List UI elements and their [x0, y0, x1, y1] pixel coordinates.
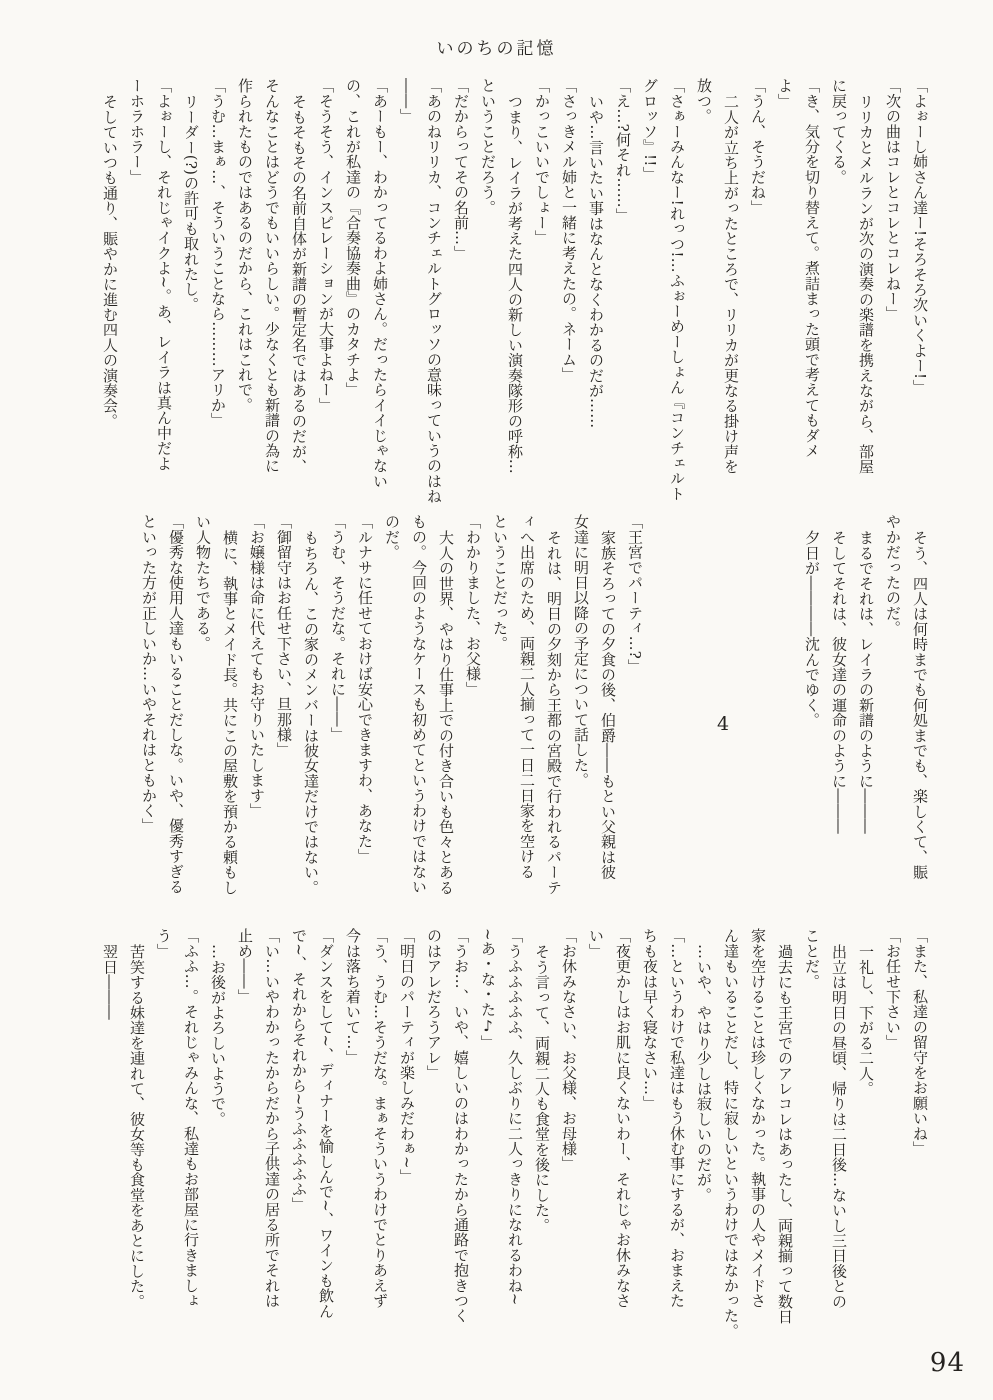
text-column: 「お休みなさい、お父様、お母様」 — [555, 928, 582, 1378]
text-column: 今は落ち着いて…」 — [339, 928, 366, 1378]
text-column: 「え…?何それ……」 — [609, 78, 636, 526]
text-column: 「明日のパーティが楽しみだわぁ~」 — [393, 928, 420, 1378]
text-column: 家族そろっての夕食の後、伯爵――もとい父親は彼 — [594, 514, 621, 934]
text-column: ことだ。 — [798, 928, 825, 1378]
text-column: ちも夜は早く寝なさい…」 — [636, 928, 663, 1378]
text-column: 大人の世界、やはり仕事上での付き合いも色々とある — [432, 514, 459, 934]
running-header-title: いのちの記憶 — [0, 34, 993, 59]
text-column: い人物たちである。 — [189, 514, 216, 934]
text-column: リリカとメルランが次の演奏の楽譜を携えながら、部屋 — [852, 78, 879, 526]
text-column: 「次の曲はコレとコレとコレねー」 — [879, 78, 906, 526]
text-column: 「かっこいいでしょー」 — [528, 78, 555, 526]
page-number: 94 — [930, 1348, 965, 1378]
text-block-middle: そう、四人は何時までも何処までも、楽しくて、賑やかだったのだ。まるでそれは、レイ… — [135, 514, 933, 934]
text-column: 放つ。 — [690, 78, 717, 526]
text-column: ――」 — [393, 78, 420, 526]
text-column: そう言って、両親二人も食堂を後にした。 — [528, 928, 555, 1378]
text-column: う」 — [150, 928, 177, 1378]
text-column: 「ルナサに任せておけば安心できますわ、あなた」 — [351, 514, 378, 934]
text-column: それは、明日の夕刻から王都の宮殿で行われるパーテ — [540, 514, 567, 934]
text-column: そう、四人は何時までも何処までも、楽しくて、賑 — [906, 514, 933, 934]
text-column: 「うふふふふふ、久しぶりに二人っきりになれるわね~ — [501, 928, 528, 1378]
text-column: 「よぉーし姉さん達ー!そろそろ次いくよー!」 — [906, 78, 933, 526]
text-column: 「ダンスをして~、ディナーを愉しんで~、ワインも飲ん — [312, 928, 339, 1378]
section-number-text: 4 — [717, 711, 729, 738]
text-column: 翌日――― — [96, 928, 123, 1378]
text-column: 「さっきメル姉と一緒に考えたの。ネーム」 — [555, 78, 582, 526]
text-column: そもそもその名前自体が新譜の暫定名ではあるのだが、 — [285, 78, 312, 526]
text-column: まるでそれは、レイラの新譜のように――― — [852, 514, 879, 934]
text-column: ということだろう。 — [474, 78, 501, 526]
text-column: ~あ・な・た♪」 — [474, 928, 501, 1378]
text-column: 「また、私達の留守をお願いね」 — [906, 928, 933, 1378]
text-column: 「うむ、そうだな。それに――」 — [324, 514, 351, 934]
text-column: …いや、やはり少しは寂しいのだが。 — [690, 928, 717, 1378]
text-column: 横に、執事とメイド長。共にこの屋敷を預かる頼もし — [216, 514, 243, 934]
text-column: 出立は明日の昼頃、帰りは二日後…ないし三日後との — [825, 928, 852, 1378]
text-column: 「…というわけで私達はもう休む事にするが、おまえた — [663, 928, 690, 1378]
text-column: のだ。 — [378, 514, 405, 934]
text-column: 「うむ…まぁ…、そういうことなら………アリか」 — [204, 78, 231, 526]
text-column: ィへ出席のため、両親二人揃って一日二日家を空ける — [513, 514, 540, 934]
text-column: 止め――」 — [231, 928, 258, 1378]
text-column: ん達もいることだし、特に寂しいというわけではなかった。 — [717, 928, 744, 1378]
text-column: 苦笑する妹達を連れて、彼女等も食堂をあとにした。 — [123, 928, 150, 1378]
text-column: といった方が正しいか…いやそれはともかく」 — [135, 514, 162, 934]
text-column: 「お嬢様は命に代えてもお守りいたします」 — [243, 514, 270, 934]
text-column: 「うお…、いや、嬉しいのはわかったから通路で抱きつく — [447, 928, 474, 1378]
text-column: 作られたものではあるのだから、これはこれで。 — [231, 78, 258, 526]
text-column: やかだったのだ。 — [879, 514, 906, 934]
text-column: もちろん、この家のメンバーは彼女達だけではない。 — [297, 514, 324, 934]
text-column: …お後がよろしいようで。 — [204, 928, 231, 1378]
text-column: 「い…いやわかったからだから子供達の居る所でそれは — [258, 928, 285, 1378]
text-column: の、これが私達の『合奏協奏曲』のカタチよ」 — [339, 78, 366, 526]
text-column: 過去にも王宮でのアレコレはあったし、両親揃って数日 — [771, 928, 798, 1378]
text-column: 「だからってその名前…」 — [447, 78, 474, 526]
text-column: い」 — [582, 928, 609, 1378]
text-column: 女達に明日以降の予定について話した。 — [567, 514, 594, 934]
text-column: 「わかりました、お父様」 — [459, 514, 486, 934]
text-column: リーダー(?)の許可も取れたし。 — [177, 78, 204, 526]
text-column: ということだった。 — [486, 514, 513, 934]
text-column: 「き、気分を切り替えて。煮詰まった頭で考えてもダメ — [798, 78, 825, 526]
text-block-top: 「よぉーし姉さん達ー!そろそろ次いくよー!」「次の曲はコレとコレとコレねー」リリ… — [96, 78, 933, 526]
text-column: 「あのねリリカ、コンチェルトグロッソの意味っていうのはね — [420, 78, 447, 526]
text-column: つまり、レイラが考えた四人の新しい演奏隊形の呼称… — [501, 78, 528, 526]
novel-page: いのちの記憶 「よぉーし姉さん達ー!そろそろ次いくよー!」「次の曲はコレとコレと… — [0, 0, 993, 1400]
text-column: 「あーもー、わかってるわよ姉さん。だったらイイじゃない — [366, 78, 393, 526]
text-column: もの。今回のようなケースも初めてというわけではない — [405, 514, 432, 934]
text-column: 「よぉーし、それじゃイクよ~。あ、レイラは真ん中だよ — [150, 78, 177, 526]
text-column: そんなことはどうでもいいらしい。少なくとも新譜の為に — [258, 78, 285, 526]
text-column: そしてそれは、彼女達の運命のように――― — [825, 514, 852, 934]
text-block-bottom: 「また、私達の留守をお願いね」「お任せ下さい」一礼し、下がる二人。出立は明日の昼… — [96, 928, 933, 1378]
section-number: 4 — [648, 514, 798, 934]
text-column: そしていつも通り、賑やかに進む四人の演奏会。 — [96, 78, 123, 526]
text-column: 「ふふ…。それじゃみんな、私達もお部屋に行きましょ — [177, 928, 204, 1378]
text-column: 「夜更かしはお肌に良くないわー、それじゃお休みなさ — [609, 928, 636, 1378]
text-column: で~、それからそれから~うふふふふふ」 — [285, 928, 312, 1378]
text-column: 「うん、そうだね」 — [744, 78, 771, 526]
text-column: 「王宮でパーティ…?」 — [621, 514, 648, 934]
text-column: 家を空けることは珍しくなかった。執事の人やメイドさ — [744, 928, 771, 1378]
text-column: 「お任せ下さい」 — [879, 928, 906, 1378]
text-column: いや…言いたい事はなんとなくわかるのだが…… — [582, 78, 609, 526]
text-column: 一礼し、下がる二人。 — [852, 928, 879, 1378]
text-column: ーホラホラー」 — [123, 78, 150, 526]
text-column: 「さぁーみんなー!れっつ!…ふぉーめーしょん『コンチェルト — [663, 78, 690, 526]
text-column: 夕日が――――沈んでゆく。 — [798, 514, 825, 934]
text-column: 「う、うむ…そうだな。まぁそういうわけでとりあえず — [366, 928, 393, 1378]
text-column: よ」 — [771, 78, 798, 526]
text-column: 「御留守はお任せ下さい、旦那様」 — [270, 514, 297, 934]
text-column: 二人が立ち上がったところで、リリカが更なる掛け声を — [717, 78, 744, 526]
text-column: 「優秀な使用人達もいることだしな。いや、優秀すぎる — [162, 514, 189, 934]
text-column: 「そうそう、インスピレーションが大事よねー」 — [312, 78, 339, 526]
text-column: のはアレだろうアレ」 — [420, 928, 447, 1378]
text-column: グロッソ』!!」 — [636, 78, 663, 526]
text-column: に戻ってくる。 — [825, 78, 852, 526]
